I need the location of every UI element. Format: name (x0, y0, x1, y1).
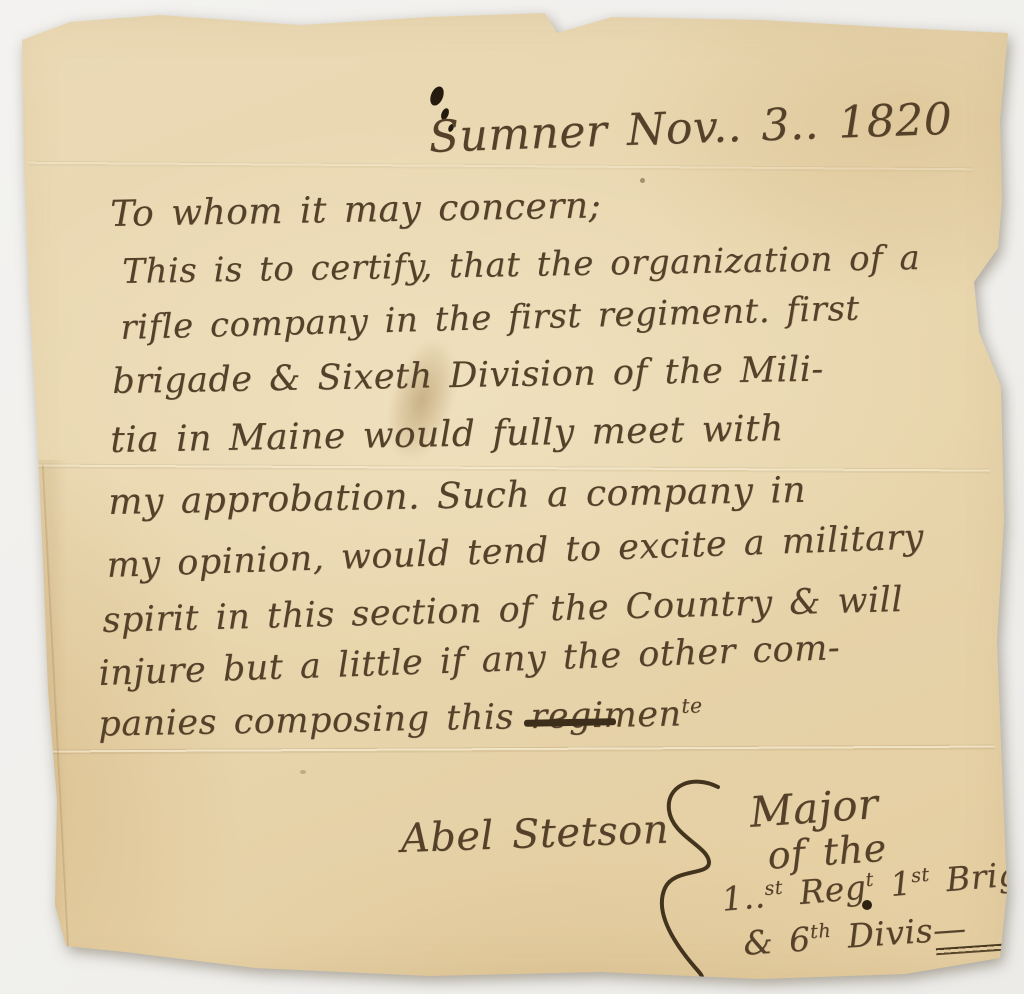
body-line: my approbation. Such a company in (108, 470, 806, 523)
salutation: To whom it may concern; (110, 185, 602, 235)
crease-fold-lower (45, 745, 995, 755)
paper-sheet: Sumner Nov.. 3.. 1820 To whom it may con… (0, 0, 1024, 994)
body-line: This is to certify, that the organizatio… (122, 238, 921, 292)
letter-paper: Sumner Nov.. 3.. 1820 To whom it may con… (0, 0, 1024, 994)
crease-middle (30, 463, 990, 473)
body-line: rifle company in the first regiment. fir… (120, 289, 860, 348)
body-line: brigade & Sixeth Division of the Mili- (112, 350, 824, 402)
body-line: my opinion, would tend to excite a milit… (106, 517, 925, 586)
rank-division-line: & 6th Divis— (742, 908, 968, 962)
crease-upper (28, 161, 973, 173)
fox-spot (300, 770, 306, 774)
last-line-superscript: te (681, 693, 703, 717)
body-line: tia in Maine would fully meet with (110, 408, 784, 461)
scanner-background: Sumner Nov.. 3.. 1820 To whom it may con… (0, 0, 1024, 994)
fox-spot (640, 178, 645, 183)
dateline: Sumner Nov.. 3.. 1820 (428, 94, 953, 163)
signature: Abel Stetson (400, 807, 670, 862)
